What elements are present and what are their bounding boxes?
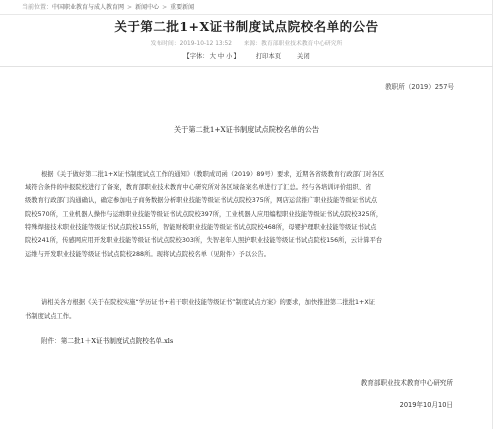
attachment-label: 附件： (41, 337, 61, 345)
divider (0, 14, 493, 15)
breadcrumb-separator: > (127, 4, 132, 11)
document-date: 2019年10月10日 (400, 400, 453, 410)
breadcrumb: 当前位置：中国职业教育与成人教育网>新闻中心>重要新闻 (22, 3, 194, 13)
breadcrumb-label: 当前位置： (22, 4, 52, 11)
font-large-button[interactable]: 大 (210, 53, 216, 60)
paragraph-line: 域符合条件的申报院校进行了备案，教育部职业技术教育中心研究所对各区域备案名单进行… (25, 183, 371, 193)
source: 教育部职业技术教育中心研究所 (261, 41, 342, 47)
print-button[interactable]: 打印本页 (256, 53, 281, 60)
attachment-link[interactable]: 第二批1＋X证书制度试点院校名单.xls (61, 337, 174, 345)
publish-time: 2019-10-12 13:52 (180, 41, 232, 47)
paragraph-line: 运维与开发职业技能等级证书试点院校288所。现将试点院校名单（见附件）予以公告。 (25, 250, 270, 260)
paragraph-line: 请相关各方根据《关于在院校实施“学历证书+若干职业技能等级证书”制度试点方案》的… (41, 298, 375, 308)
document-subtitle: 关于第二批1+X证书制度试点院校名单的公告 (0, 125, 493, 135)
paragraph-line: 院校570所，工业机器人操作与运维职业技能等级证书试点院校397所，工业机器人应… (25, 210, 382, 220)
paragraph-line: 书制度试点工作。 (25, 312, 75, 322)
font-size-prefix: 【字体： (183, 53, 208, 60)
font-medium-button[interactable]: 中 (218, 53, 224, 60)
document-number: 教职所（2019）257号 (385, 82, 454, 92)
article-title: 关于第二批1+X证书制度试点院校名单的公告 (0, 19, 493, 35)
paragraph-line: 特殊焊接技术职业技能等级证书试点院校155所，智能财税职业技能等级证书试点院校4… (25, 223, 376, 233)
breadcrumb-link-home[interactable]: 中国职业教育与成人教育网 (52, 4, 124, 11)
paragraph-line: 级教育行政部门沟通确认，确定参加电子商务数据分析职业技能等级证书试点院校375所… (25, 196, 377, 206)
signer: 教育部职业技术教育中心研究所 (361, 378, 453, 388)
breadcrumb-link-news-center[interactable]: 新闻中心 (135, 4, 159, 11)
paragraph-line: 根据《关于做好第二批1+X证书制度试点工作的通知》（教职成司函（2019）89号… (41, 170, 384, 180)
attachment: 附件：第二批1＋X证书制度试点院校名单.xls (41, 336, 173, 346)
divider (0, 66, 493, 67)
article-meta: 发布时间：2019-10-12 13:52 来源：教育部职业技术教育中心研究所 (0, 40, 493, 48)
source-label: 来源： (244, 41, 261, 47)
font-size-suffix: 】 (233, 53, 239, 60)
breadcrumb-separator: > (162, 4, 167, 11)
publish-time-label: 发布时间： (151, 41, 180, 47)
breadcrumb-link-important-news[interactable]: 重要新闻 (170, 4, 194, 11)
article-tools: 【字体：大中小】 打印本页 关闭 (0, 52, 493, 61)
font-small-button[interactable]: 小 (226, 53, 232, 60)
article-page: 当前位置：中国职业教育与成人教育网>新闻中心>重要新闻 关于第二批1+X证书制度… (0, 0, 493, 429)
close-button[interactable]: 关闭 (297, 53, 310, 60)
paragraph-line: 院校241所，传感网应用开发职业技能等级证书试点院校303所，失智老年人照护职业… (25, 236, 382, 246)
